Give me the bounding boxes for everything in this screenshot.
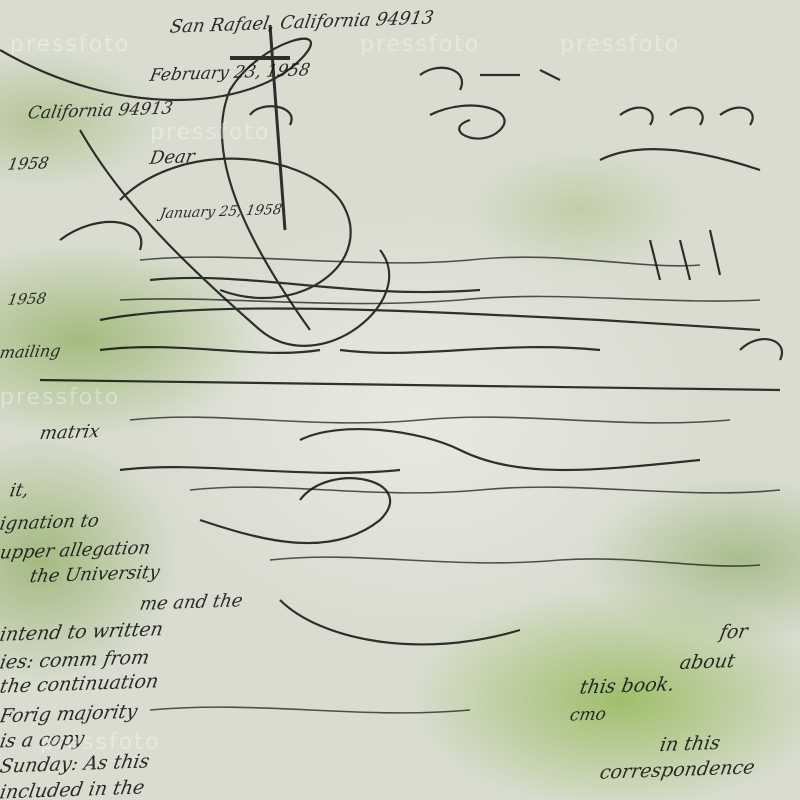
watermark: pressfoto [150,120,270,145]
handwriting-line: it, [8,480,30,502]
handwriting-line: 1958 [6,153,50,174]
handwriting-line: this book. [578,673,676,698]
handwriting-line: Dear [148,146,196,169]
handwriting-line: mailing [0,341,62,362]
watermark: pressfoto [10,32,130,57]
watermark: pressfoto [360,32,480,57]
handwriting-line: matrix [38,421,101,444]
handwriting-line: about [678,650,737,674]
watermark: pressfoto [40,730,160,755]
watermark: pressfoto [560,32,680,57]
handwriting-line: 1958 [6,289,47,308]
handwriting-line: for [718,620,749,643]
handwriting-line: included in the [0,776,146,800]
handwriting-line: cmo [568,704,607,725]
handwriting-line: ignation to [0,510,101,535]
handwriting-line: me and the [138,590,244,615]
watermark: pressfoto [0,385,120,410]
handwriting-line: in this [658,732,722,756]
